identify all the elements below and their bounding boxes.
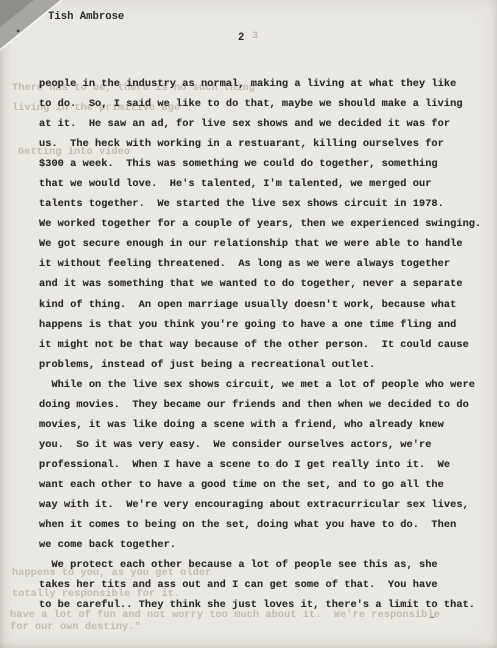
text-line: problems, instead of just being a recrea… <box>39 355 491 375</box>
text-line: $300 a week. This was something we could… <box>39 154 491 174</box>
text-line: doing movies. They became our friends an… <box>39 395 491 415</box>
text-line: takes her tits and ass out and I can get… <box>39 575 491 595</box>
text-line: to do. So, I said we like to do that, ma… <box>39 94 491 114</box>
text-line: We worked together for a couple of years… <box>39 214 491 234</box>
text-line: us. The heck with working in a restuaran… <box>39 134 491 154</box>
typed-body: people in the industry as normal, making… <box>39 74 491 615</box>
text-line: happens is that you think you're going t… <box>39 315 491 335</box>
text-line: We protect each other because a lot of p… <box>39 555 491 575</box>
text-line: at it. He saw an ad, for live sex shows … <box>39 114 491 134</box>
page-number: 2 <box>238 32 244 44</box>
text-line: professional. When I have a scene to do … <box>39 455 491 475</box>
text-line: and it was something that we wanted to d… <box>39 274 491 294</box>
bleedthrough-line: 3 <box>252 30 258 42</box>
pen-mark: ~ <box>428 613 436 626</box>
bleedthrough-line: for our own destiny." <box>10 621 141 633</box>
text-line: when it comes to being on the set, doing… <box>39 515 491 535</box>
text-line: We got secure enough in our relationship… <box>39 234 491 254</box>
text-line: it might not be that way because of the … <box>39 335 491 355</box>
text-line: you. So it was very easy. We consider ou… <box>39 435 491 455</box>
text-line: want each other to have a good time on t… <box>39 475 491 495</box>
text-line: way with it. We're very encouraging abou… <box>39 495 491 515</box>
text-line: movies, it was like doing a scene with a… <box>39 415 491 435</box>
text-line: people in the industry as normal, making… <box>39 74 491 94</box>
folded-corner-icon <box>0 0 72 62</box>
text-line: to be careful.. They think she just love… <box>39 595 491 615</box>
text-line: While on the live sex shows circuit, we … <box>39 375 491 395</box>
text-line: we come back together. <box>39 535 491 555</box>
text-line: that we would love. He's talented, I'm t… <box>39 174 491 194</box>
document-page: Tish Ambrose 2 3There has to be, there i… <box>0 0 497 648</box>
text-line: talents together. We started the live se… <box>39 194 491 214</box>
text-line: kind of thing. An open marriage usually … <box>39 295 491 315</box>
text-line: it without feeling threatened. As long a… <box>39 254 491 274</box>
